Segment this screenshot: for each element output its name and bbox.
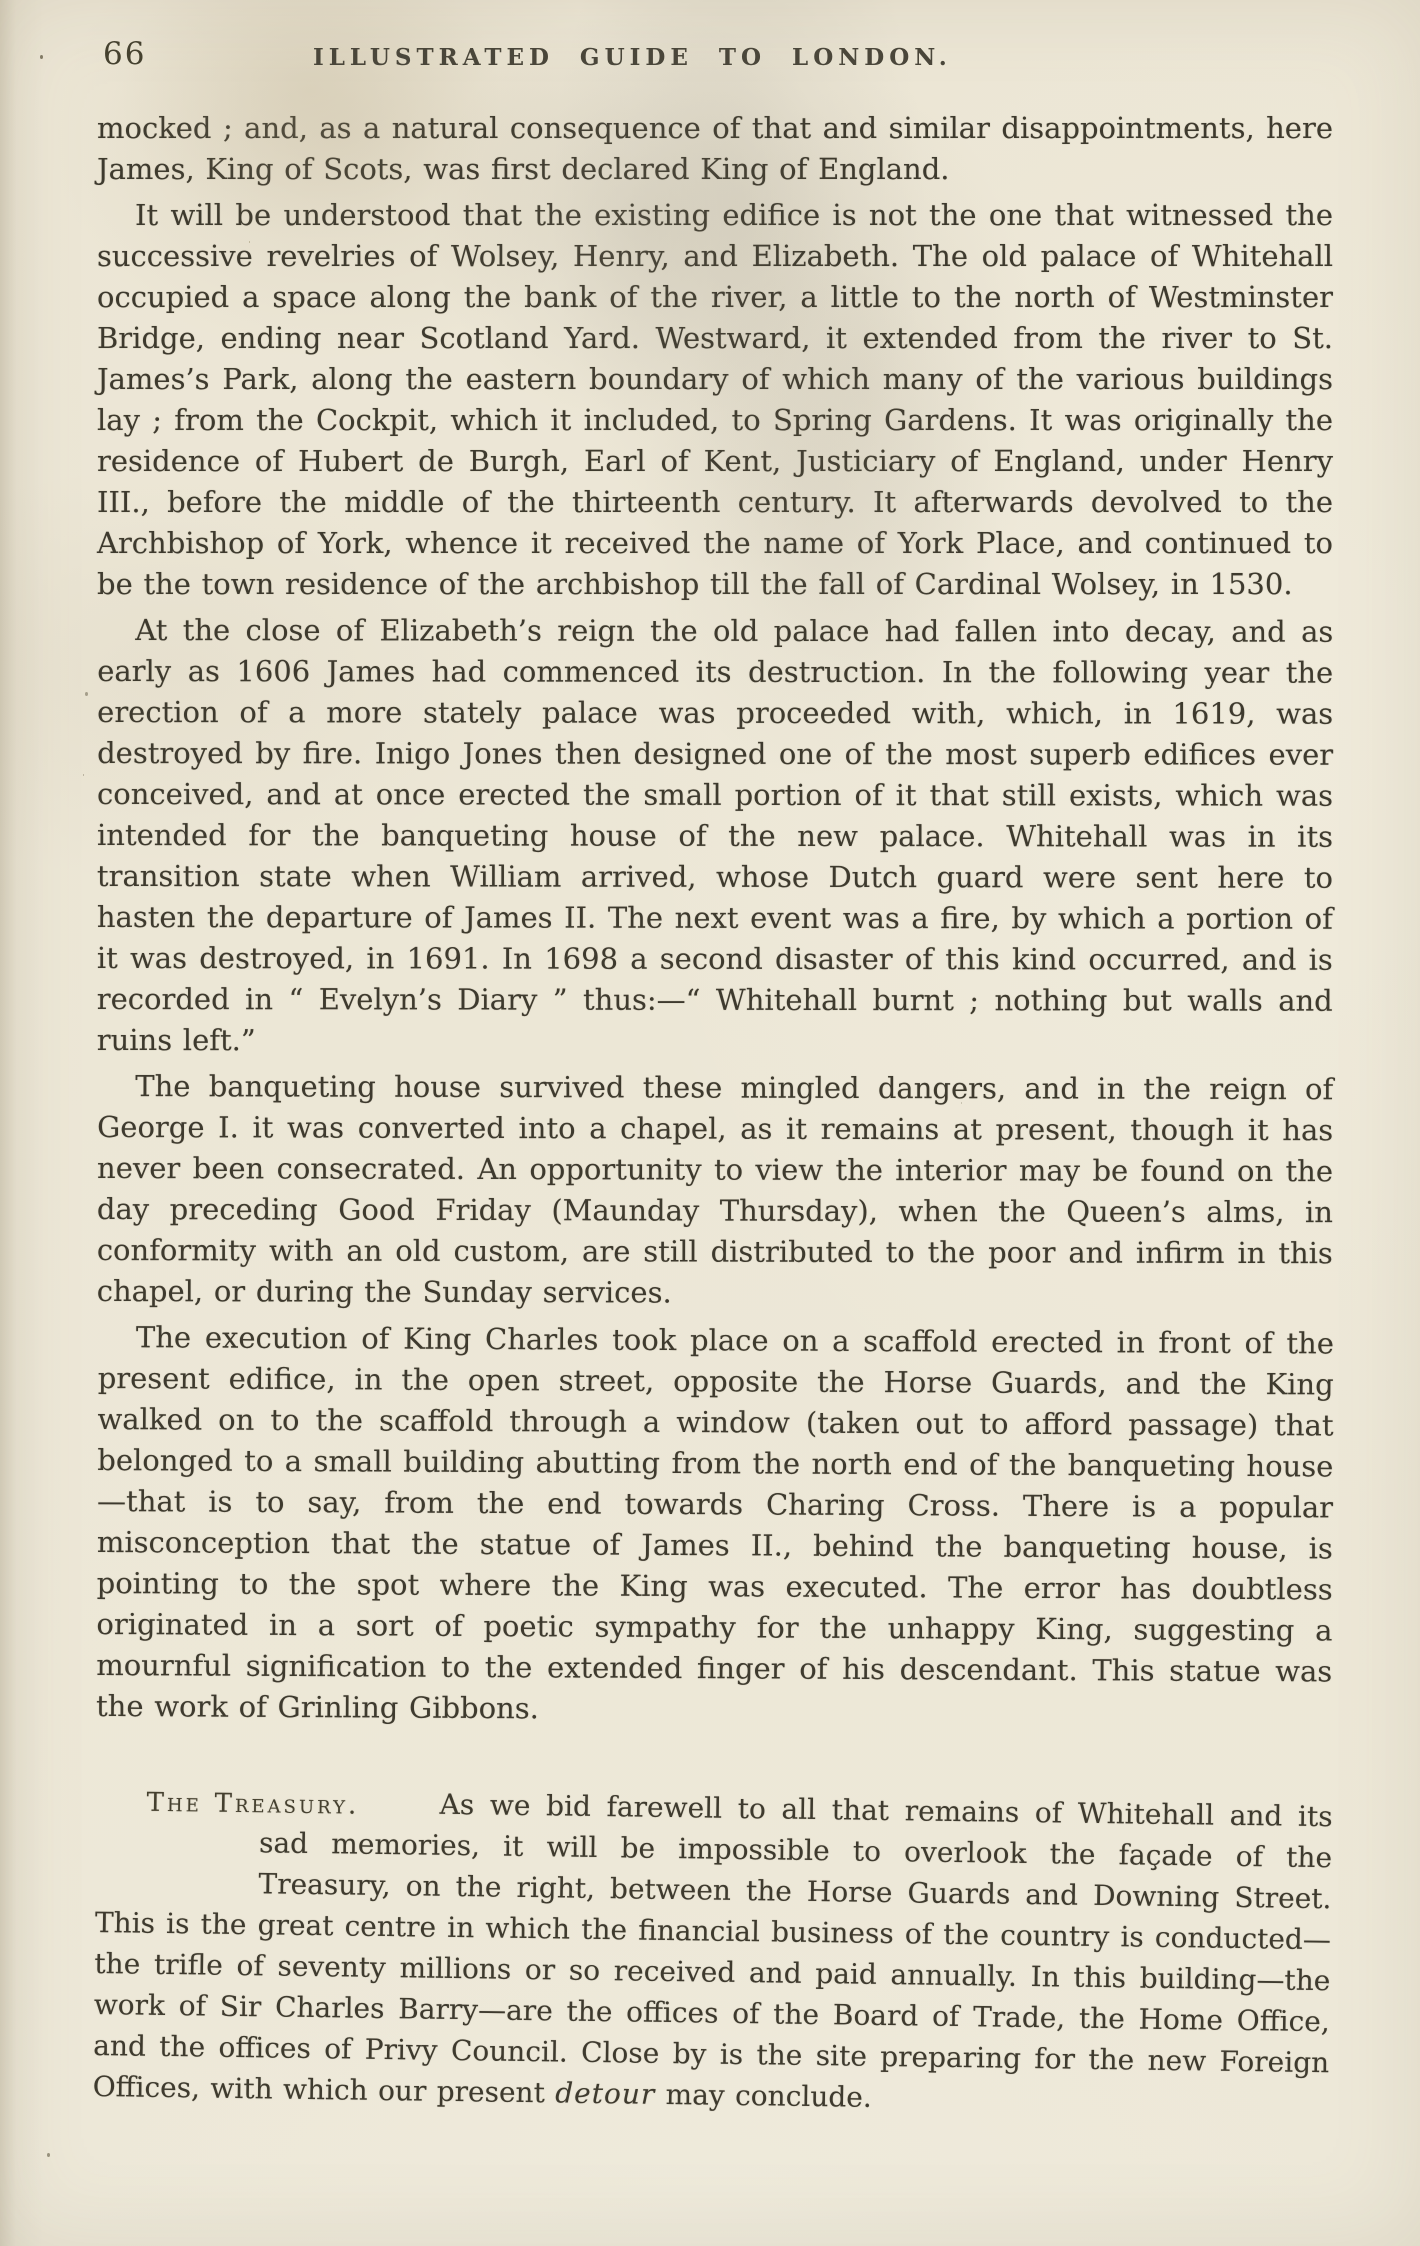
italic-word: detour [555, 2076, 655, 2110]
running-title: ILLUSTRATED GUIDE TO LONDON. [313, 44, 952, 71]
paragraph: mocked ; and, as a natural consequence o… [97, 108, 1333, 190]
paragraph: At the close of Elizabeth’s reign the ol… [97, 610, 1334, 1063]
treasury-section: The Treasury.As we bid farewell to all t… [92, 1779, 1332, 2124]
ink-speck [40, 55, 43, 59]
running-head: 66 ILLUSTRATED GUIDE TO LONDON. [97, 0, 1333, 108]
paragraph: It will be understood that the existing … [97, 195, 1333, 605]
scanned-book-page: 66 ILLUSTRATED GUIDE TO LONDON. mocked ;… [0, 0, 1420, 2246]
paragraph: The execution of King Charles took place… [96, 1317, 1334, 1733]
paragraph: The banqueting house survived these ming… [97, 1066, 1334, 1315]
body-text: mocked ; and, as a natural consequence o… [97, 108, 1333, 1727]
treasury-paragraph: The Treasury.As we bid farewell to all t… [92, 1779, 1332, 2124]
treasury-heading: The Treasury. [96, 1779, 260, 1866]
treasury-text: As we bid farewell to all that remains o… [92, 1788, 1332, 2110]
page-number: 66 [103, 36, 146, 72]
treasury-text: may conclude. [655, 2078, 872, 2114]
page-body: mocked ; and, as a natural consequence o… [97, 108, 1333, 2107]
